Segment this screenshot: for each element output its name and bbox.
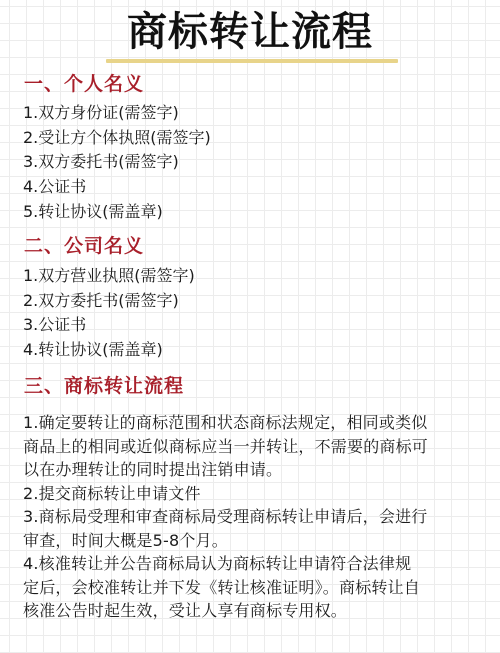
process-line: 审查，时间大概是5-8个月。 [23,529,483,553]
process-line: 定后，会校准转让并下发《转让核准证明》。商标转让自 [23,576,483,600]
company-documents-list: 1.双方营业执照(需签字) 2.双方委托书(需签字) 3.公证书 4.转让协议(… [23,264,195,363]
list-item: 4.公证书 [23,175,211,200]
list-item: 3.双方委托书(需签字) [23,150,211,175]
process-line: 3.商标局受理和审查商标局受理商标转让申请后，会进行 [23,505,483,529]
list-item: 2.双方委托书(需签字) [23,289,195,314]
personal-documents-list: 1.双方身份证(需签字) 2.受让方个体执照(需签字) 3.双方委托书(需签字)… [23,101,211,225]
list-item: 5.转让协议(需盖章) [23,200,211,225]
process-steps: 1.确定要转让的商标范围和状态商标法规定，相同或类似 商品上的相同或近似商标应当… [23,411,483,623]
title-underline [106,59,398,63]
process-line: 商品上的相同或近似商标应当一并转让，不需要的商标可 [23,435,483,459]
page-title: 商标转让流程 [0,6,500,58]
process-line: 以在办理转让的同时提出注销申请。 [23,458,483,482]
list-item: 4.转让协议(需盖章) [23,338,195,363]
process-line: 核准公告时起生效，受让人享有商标专用权。 [23,599,483,623]
list-item: 3.公证书 [23,313,195,338]
process-line: 1.确定要转让的商标范围和状态商标法规定，相同或类似 [23,411,483,435]
list-item: 1.双方身份证(需签字) [23,101,211,126]
process-line: 4.核准转让并公告商标局认为商标转让申请符合法律规 [23,552,483,576]
process-line: 2.提交商标转让申请文件 [23,482,483,506]
section-heading-process: 三、商标转让流程 [24,373,184,399]
section-heading-personal: 一、个人名义 [24,71,144,97]
list-item: 1.双方营业执照(需签字) [23,264,195,289]
section-heading-company: 二、公司名义 [24,233,144,259]
list-item: 2.受让方个体执照(需签字) [23,126,211,151]
